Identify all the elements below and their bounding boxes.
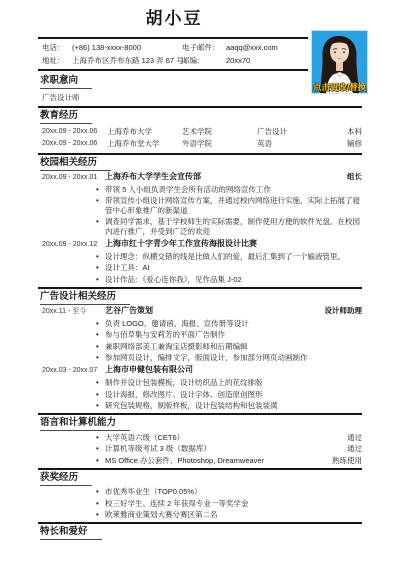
entry-bullet-list: 设计理念：纵横交错的线是比做人们的爱，最后汇集到了一个输液管里。 设计工具：AI… — [38, 252, 362, 285]
entry-bullet-list: 制作并设计包装模板，设计纺织品上的花纹排版 设计海报，修改图片、设计字体、创造原… — [38, 378, 362, 411]
education-school: 上海乔布堂大学 — [107, 138, 182, 151]
award-item: 市优秀毕业生（TOP0.05%） — [105, 487, 362, 497]
education-college: 外语学院 — [182, 138, 257, 151]
bullet-item: 参加网页设计，编排文字，版面设计，参加部分网页动画制作 — [105, 353, 362, 363]
education-degree: 辅修 — [347, 138, 362, 151]
bullet-item: 研究包装规格，制版样板，设计包装结构和包装装潢 — [105, 401, 362, 411]
campus-entry: 20xx.09 - 20xx.12 上海市红十字青少年工作宣传海报设计比赛 设计… — [38, 239, 362, 285]
education-college: 艺术学院 — [182, 126, 257, 139]
zip-label: 邮编： — [182, 54, 226, 67]
entry-header: 20xx.09 - 20xx.01 上海乔布大学学生会宣传部 组长 — [38, 172, 362, 184]
skill-level: 熟练使用 — [324, 456, 362, 466]
entry-header: 20xx.11 - 至今 艺谷广告策划 设计师助理 — [38, 306, 362, 318]
skill-text: MS Office 办公套件、Photoshop, Dreamweaver — [105, 456, 264, 466]
phone-label: 电话： — [42, 41, 72, 54]
awards-list: 市优秀毕业生（TOP0.05%） 校三好学生、连续 2 年获得专业一等奖学金 欧… — [38, 487, 362, 520]
entry-bullet-list: 负责 LOGO、邀请函、海报、宣传册等设计 参与佰草集与安莉芳的平面广告制作 兼… — [38, 319, 362, 363]
section-title-campus: 校园相关经历 — [40, 158, 111, 171]
education-major: 广告设计 — [257, 126, 347, 139]
skill-text: 大学英语六级（CET6） — [105, 433, 184, 443]
bullet-item: 带领 5 人小组负责学生会所有活动的网络宣传工作 — [105, 185, 362, 195]
entry-role: 设计师助理 — [325, 306, 363, 317]
section-title-awards: 获奖经历 — [40, 473, 92, 486]
skills-list: 大学英语六级（CET6） 通过 计算机等级考试 3 级（数据库） 通过 MS O… — [38, 433, 362, 466]
entry-header: 20xx.09 - 20xx.12 上海市红十字青少年工作宣传海报设计比赛 — [38, 239, 362, 251]
skill-item: 计算机等级考试 3 级（数据库） 通过 — [105, 444, 362, 454]
section-title-work: 广告设计相关经历 — [40, 292, 130, 305]
address-value: 上海乔布区乔布东路 123 弄 67 号 — [72, 54, 182, 67]
resume-page: 胡小豆 点击更改/替换 电话： (+86) 138-xxxx-8000 电子邮件… — [0, 0, 400, 565]
skill-item: 大学英语六级（CET6） 通过 — [105, 433, 362, 443]
id-photo[interactable]: 点击更改/替换 — [312, 31, 367, 93]
education-table: 20xx.09 - 20xx.06 上海乔布大学 艺术学院 广告设计 本科 20… — [38, 126, 362, 151]
entry-organization: 上海市申健包装有限公司 — [105, 365, 193, 376]
education-row: 20xx.09 - 20xx.06 上海乔布大学 艺术学院 广告设计 本科 — [38, 126, 362, 139]
education-row: 20xx.09 - 20xx.06 上海乔布堂大学 外语学院 英语 辅修 — [38, 138, 362, 151]
work-entry: 20xx.11 - 至今 艺谷广告策划 设计师助理 负责 LOGO、邀请函、海报… — [38, 306, 362, 363]
candidate-name: 胡小豆 — [38, 8, 310, 30]
entry-date: 20xx.11 - 至今 — [42, 307, 105, 318]
photo-replace-label: 点击更改/替换 — [312, 82, 367, 93]
section-title-skills: 语言和计算机能力 — [40, 418, 130, 431]
section-title-objective: 求职意向 — [40, 76, 92, 89]
objective-value: 广告设计师 — [42, 93, 362, 102]
bullet-item: 设计工具：AI — [105, 263, 362, 273]
phone-value: (+86) 138-xxxx-8000 — [72, 41, 182, 54]
bullet-item: 设计理念：纵横交错的线是比做人们的爱，最后汇集到了一个输液管里。 — [105, 252, 362, 262]
education-date: 20xx.09 - 20xx.06 — [42, 126, 107, 139]
education-major: 英语 — [257, 138, 347, 151]
section-title-hobbies: 特长和爱好 — [40, 527, 102, 540]
campus-entry: 20xx.09 - 20xx.01 上海乔布大学学生会宣传部 组长 带领 5 人… — [38, 172, 362, 237]
entry-bullet-list: 带领 5 人小组负责学生会所有活动的网络宣传工作 带领宣传小组设计网络宣传方案，… — [38, 185, 362, 237]
bullet-item: 参与佰草集与安莉芳的平面广告制作 — [105, 330, 362, 340]
bullet-item: 调查同学需求，基于学校师生的实际需要，制作使用方便的软件光盘。在校园内进行推广，… — [105, 217, 362, 236]
bullet-item: 兼职网络部美工兼淘宝店摄影师和后期编辑 — [105, 342, 362, 352]
bullet-item: 制作并设计包装模板，设计纺织品上的花纹排版 — [105, 378, 362, 388]
education-school: 上海乔布大学 — [107, 126, 182, 139]
email-label: 电子邮件： — [182, 41, 226, 54]
entry-header: 20xx.03 - 20xx.07 上海市申健包装有限公司 — [38, 365, 362, 377]
award-item: 校三好学生、连续 2 年获得专业一等奖学金 — [105, 499, 362, 509]
skill-level: 通过 — [339, 444, 362, 454]
bullet-item: 负责 LOGO、邀请函、海报、宣传册等设计 — [105, 319, 362, 329]
bullet-item: 带领宣传小组设计网络宣传方案，并通过校内网络进行实施，实际上拓展了寝管中心形象推… — [105, 196, 362, 215]
education-degree: 本科 — [347, 126, 362, 139]
bullet-item: 设计海报，修改图片、设计字体、创造原创图形 — [105, 390, 362, 400]
section-title-education: 教育经历 — [40, 111, 92, 124]
award-item: 欧莱雅商业策划大赛分赛区第二名 — [105, 510, 362, 520]
entry-organization: 上海市红十字青少年工作宣传海报设计比赛 — [105, 239, 257, 250]
entry-date: 20xx.09 - 20xx.01 — [42, 173, 105, 184]
entry-role: 组长 — [347, 172, 362, 183]
address-label: 地址： — [42, 54, 72, 67]
entry-date: 20xx.03 - 20xx.07 — [42, 366, 105, 377]
entry-date: 20xx.09 - 20xx.12 — [42, 240, 105, 251]
entry-organization: 艺谷广告策划 — [105, 306, 153, 317]
work-entry: 20xx.03 - 20xx.07 上海市申健包装有限公司 制作并设计包装模板，… — [38, 365, 362, 411]
skill-level: 通过 — [339, 433, 362, 443]
skill-text: 计算机等级考试 3 级（数据库） — [105, 444, 211, 454]
bullet-item: 设计作品：《爱心连你我》，见作品集 J-02 — [105, 275, 362, 285]
entry-organization: 上海乔布大学学生会宣传部 — [105, 172, 201, 183]
education-date: 20xx.09 - 20xx.06 — [42, 138, 107, 151]
skill-item: MS Office 办公套件、Photoshop, Dreamweaver 熟练… — [105, 456, 362, 466]
